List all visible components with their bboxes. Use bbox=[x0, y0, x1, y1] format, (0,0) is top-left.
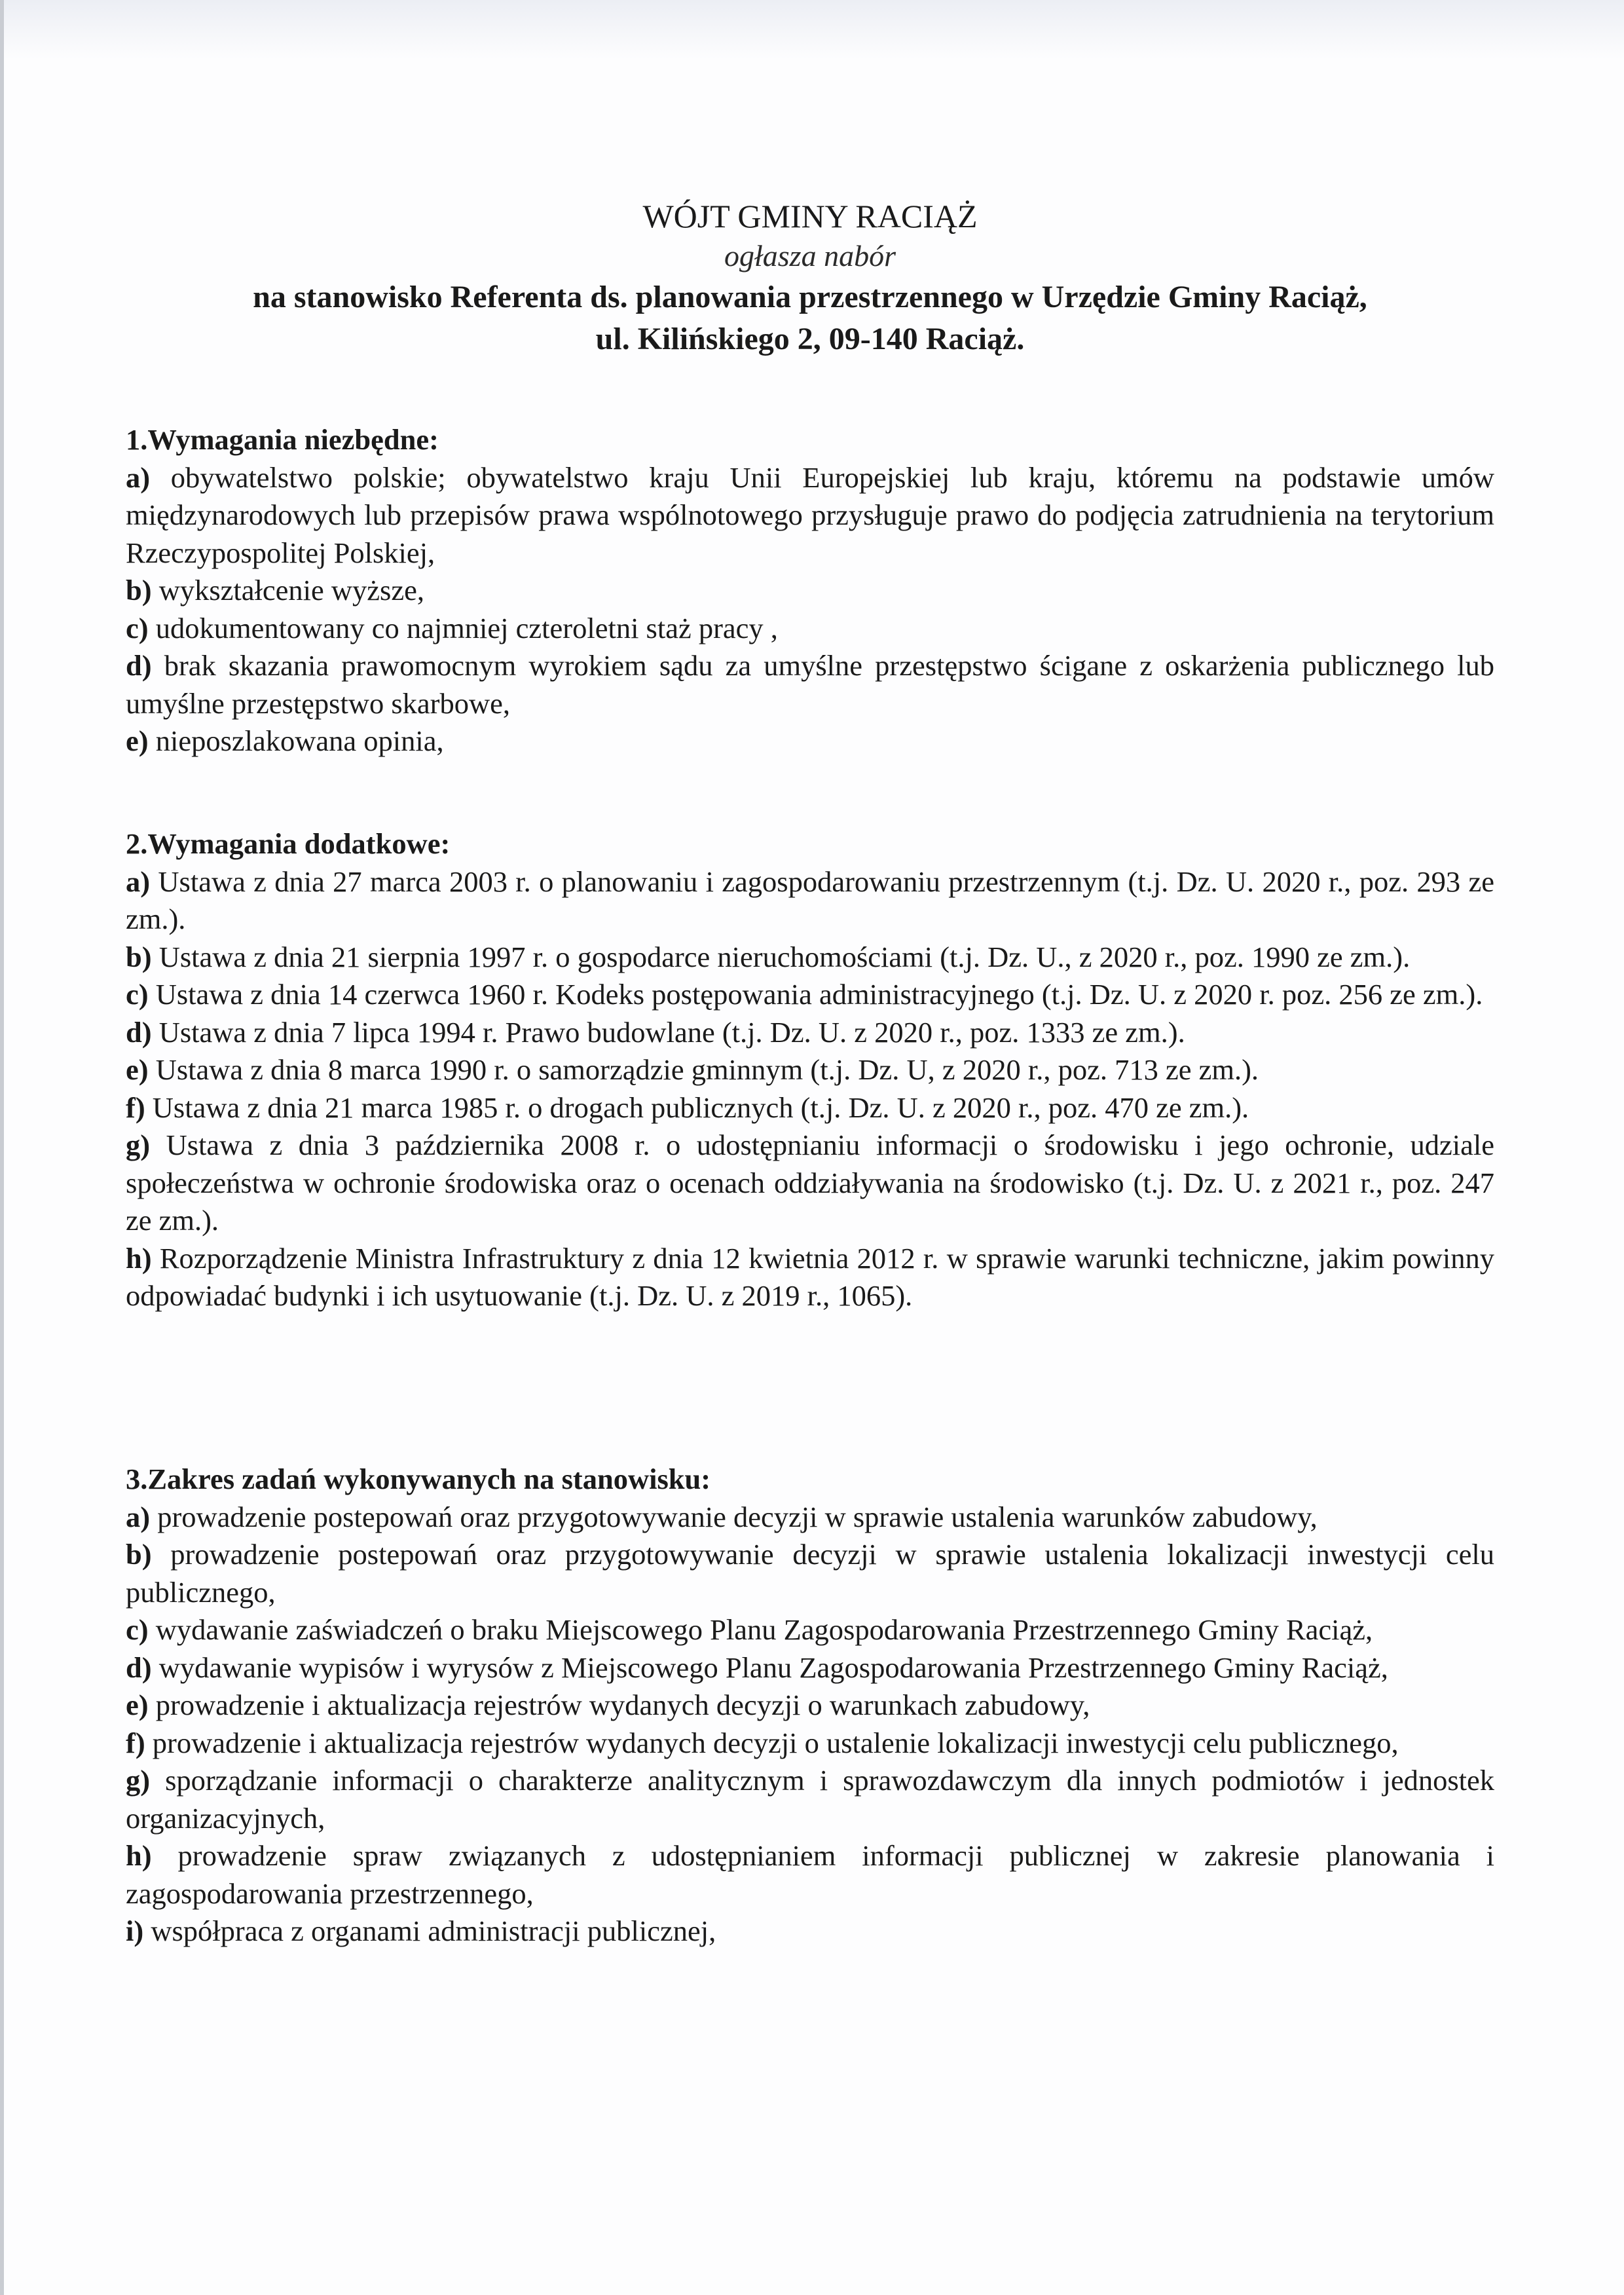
section-title: 3.Zakres zadań wykonywanych na stanowisk… bbox=[126, 1461, 1494, 1499]
item-text: wydawanie zaświadczeń o braku Miejscoweg… bbox=[149, 1613, 1373, 1646]
item-text: udokumentowany co najmniej czteroletni s… bbox=[149, 612, 778, 644]
list-item: f) Ustawa z dnia 21 marca 1985 r. o drog… bbox=[126, 1089, 1494, 1127]
item-letter: g) bbox=[126, 1129, 150, 1161]
announcement-subtitle: ogłasza nabór bbox=[126, 238, 1494, 274]
section-duties: 3.Zakres zadań wykonywanych na stanowisk… bbox=[126, 1461, 1494, 1950]
list-item: f) prowadzenie i aktualizacja rejestrów … bbox=[126, 1725, 1494, 1763]
list-item: g) sporządzanie informacji o charakterze… bbox=[126, 1762, 1494, 1837]
item-text: prowadzenie postepowań oraz przygotowywa… bbox=[150, 1501, 1318, 1533]
list-item: b) Ustawa z dnia 21 sierpnia 1997 r. o g… bbox=[126, 939, 1494, 977]
document-page: WÓJT GMINY RACIĄŻ ogłasza nabór na stano… bbox=[0, 0, 1624, 2295]
item-letter: e) bbox=[126, 724, 149, 757]
office-address: ul. Kilińskiego 2, 09-140 Raciąż. bbox=[126, 319, 1494, 360]
list-item: c) wydawanie zaświadczeń o braku Miejsco… bbox=[126, 1611, 1494, 1649]
item-letter: d) bbox=[126, 1651, 152, 1684]
item-text: Ustawa z dnia 21 marca 1985 r. o drogach… bbox=[145, 1091, 1249, 1124]
item-text: Ustawa z dnia 3 października 2008 r. o u… bbox=[126, 1129, 1494, 1237]
list-item: e) Ustawa z dnia 8 marca 1990 r. o samor… bbox=[126, 1051, 1494, 1089]
list-item: b) wykształcenie wyższe, bbox=[126, 572, 1494, 610]
section-required: 1.Wymagania niezbędne: a) obywatelstwo p… bbox=[126, 421, 1494, 760]
item-letter: d) bbox=[126, 1016, 152, 1049]
item-letter: h) bbox=[126, 1242, 152, 1275]
item-letter: b) bbox=[126, 941, 152, 973]
item-letter: c) bbox=[126, 978, 149, 1011]
list-item: e) nieposzlakowana opinia, bbox=[126, 722, 1494, 760]
list-item: i) współpraca z organami administracji p… bbox=[126, 1912, 1494, 1950]
item-text: Ustawa z dnia 8 marca 1990 r. o samorząd… bbox=[149, 1053, 1259, 1086]
list-item: e) prowadzenie i aktualizacja rejestrów … bbox=[126, 1687, 1494, 1725]
item-text: prowadzenie i aktualizacja rejestrów wyd… bbox=[145, 1726, 1399, 1759]
section-additional: 2.Wymagania dodatkowe: a) Ustawa z dnia … bbox=[126, 825, 1494, 1315]
list-item: h) prowadzenie spraw związanych z udostę… bbox=[126, 1837, 1494, 1912]
item-letter: h) bbox=[126, 1839, 152, 1872]
list-item: c) Ustawa z dnia 14 czerwca 1960 r. Kode… bbox=[126, 976, 1494, 1014]
position-name: na stanowisko Referenta ds. planowania p… bbox=[126, 277, 1494, 318]
item-letter: e) bbox=[126, 1053, 149, 1086]
item-letter: f) bbox=[126, 1726, 145, 1759]
list-item: d) wydawanie wypisów i wyrysów z Miejsco… bbox=[126, 1649, 1494, 1687]
item-letter: a) bbox=[126, 461, 150, 494]
section-title: 1.Wymagania niezbędne: bbox=[126, 421, 1494, 459]
list-item: a) Ustawa z dnia 27 marca 2003 r. o plan… bbox=[126, 863, 1494, 939]
item-text: prowadzenie spraw związanych z udostępni… bbox=[126, 1839, 1494, 1910]
item-letter: g) bbox=[126, 1764, 150, 1797]
item-letter: c) bbox=[126, 612, 149, 644]
announcement-title: WÓJT GMINY RACIĄŻ bbox=[126, 196, 1494, 236]
list-item: c) udokumentowany co najmniej czteroletn… bbox=[126, 610, 1494, 648]
item-text: brak skazania prawomocnym wyrokiem sądu … bbox=[126, 649, 1494, 720]
item-text: obywatelstwo polskie; obywatelstwo kraju… bbox=[126, 461, 1494, 569]
list-item: a) prowadzenie postepowań oraz przygotow… bbox=[126, 1499, 1494, 1537]
item-letter: b) bbox=[126, 1538, 152, 1571]
item-text: Ustawa z dnia 21 sierpnia 1997 r. o gosp… bbox=[152, 941, 1411, 973]
item-letter: c) bbox=[126, 1613, 149, 1646]
section-title: 2.Wymagania dodatkowe: bbox=[126, 825, 1494, 863]
list-item: d) Ustawa z dnia 7 lipca 1994 r. Prawo b… bbox=[126, 1014, 1494, 1052]
item-text: Rozporządzenie Ministra Infrastruktury z… bbox=[126, 1242, 1494, 1313]
list-item: h) Rozporządzenie Ministra Infrastruktur… bbox=[126, 1240, 1494, 1315]
list-item: b) prowadzenie postepowań oraz przygotow… bbox=[126, 1536, 1494, 1611]
scan-shading bbox=[4, 0, 1624, 59]
item-text: prowadzenie postepowań oraz przygotowywa… bbox=[126, 1538, 1494, 1609]
item-text: Ustawa z dnia 27 marca 2003 r. o planowa… bbox=[126, 865, 1494, 936]
item-text: Ustawa z dnia 14 czerwca 1960 r. Kodeks … bbox=[149, 978, 1483, 1011]
item-letter: i) bbox=[126, 1914, 143, 1947]
item-text: wykształcenie wyższe, bbox=[152, 574, 424, 606]
list-item: a) obywatelstwo polskie; obywatelstwo kr… bbox=[126, 459, 1494, 572]
item-text: prowadzenie i aktualizacja rejestrów wyd… bbox=[149, 1689, 1090, 1721]
item-letter: b) bbox=[126, 574, 152, 606]
item-text: nieposzlakowana opinia, bbox=[149, 724, 444, 757]
list-item: g) Ustawa z dnia 3 października 2008 r. … bbox=[126, 1127, 1494, 1240]
list-item: d) brak skazania prawomocnym wyrokiem są… bbox=[126, 647, 1494, 722]
item-letter: a) bbox=[126, 865, 150, 898]
item-letter: f) bbox=[126, 1091, 145, 1124]
item-letter: d) bbox=[126, 649, 152, 682]
item-text: sporządzanie informacji o charakterze an… bbox=[126, 1764, 1494, 1835]
item-text: wydawanie wypisów i wyrysów z Miejscoweg… bbox=[152, 1651, 1388, 1684]
item-letter: a) bbox=[126, 1501, 150, 1533]
item-text: Ustawa z dnia 7 lipca 1994 r. Prawo budo… bbox=[152, 1016, 1185, 1049]
item-letter: e) bbox=[126, 1689, 149, 1721]
item-text: współpraca z organami administracji publ… bbox=[143, 1914, 716, 1947]
